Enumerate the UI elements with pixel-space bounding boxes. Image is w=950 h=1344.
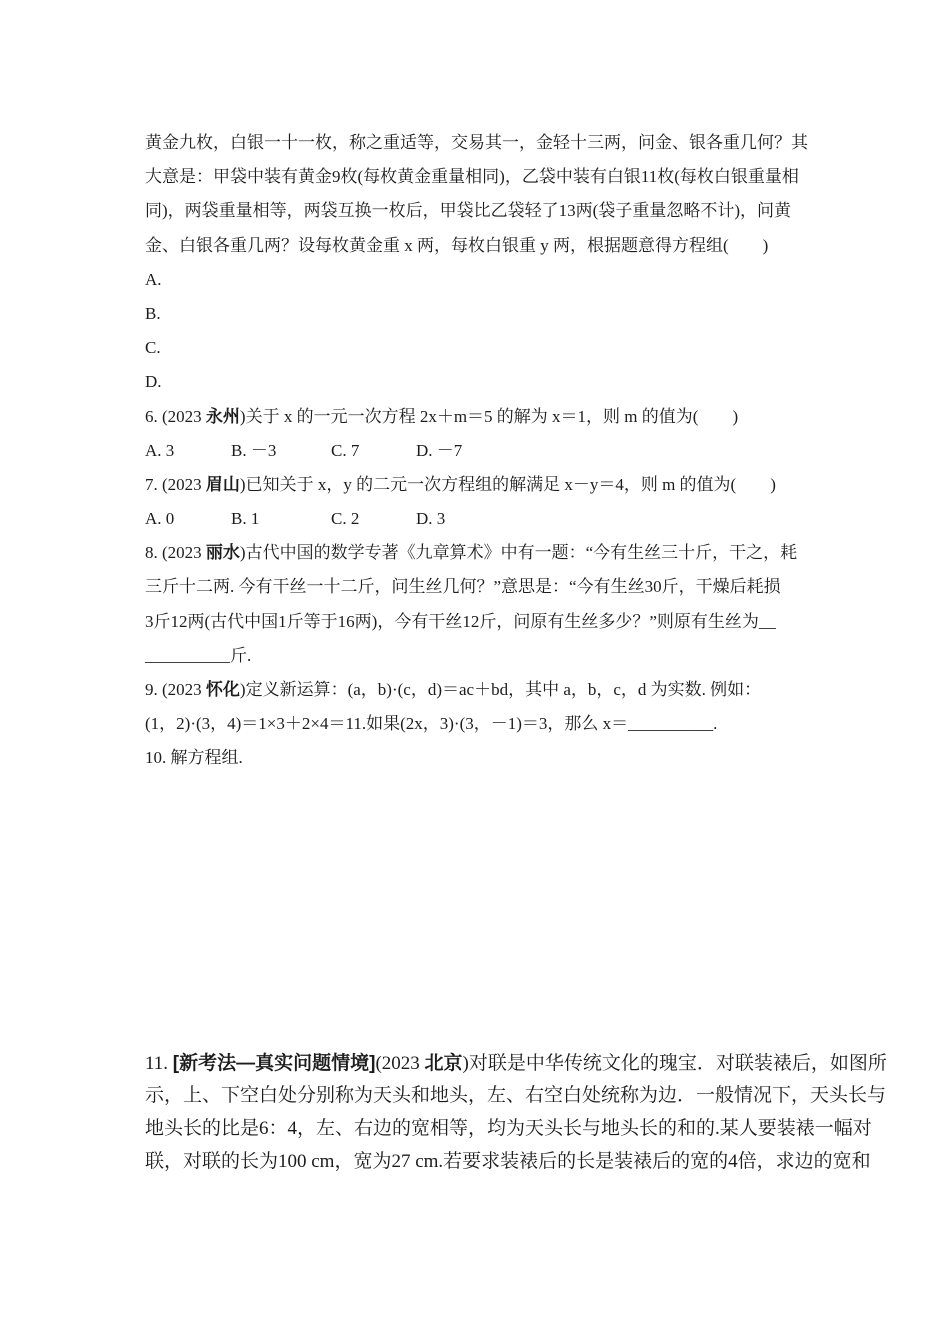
problem9-number: 9. (2023 [145,680,206,699]
problem9-stem-line-2: (1，2)·(3，4)＝1×3＋2×4＝11.如果(2x，3)·(3，－1)＝3… [145,707,817,741]
problem6-options-row: A. 3B. －3C. 7D. －7 [145,434,817,468]
problem11-stem-line-3: 地头长的比是6：4，左、右边的宽相等，均为天头长与地头长的和的.某人要装裱一幅对 [145,1113,893,1146]
problem8-number: 8. (2023 [145,543,206,562]
problem5-option-b: B. [145,297,817,331]
problem9-exam-source: 怀化 [206,680,240,699]
problem9-stem-text: )定义新运算：(a，b)·(c，d)＝ac＋bd，其中 a，b，c，d 为实数.… [240,680,761,699]
problem7-stem-text: )已知关于 x，y 的二元一次方程组的解满足 x－y＝4，则 m 的值为( ) [240,475,776,494]
problem11-stem-line-2: 示，上、下空白处分别称为天头和地头，左、右空白处统称为边．一般情况下，天头长与 [145,1080,893,1113]
problem5-option-c: C. [145,331,817,365]
problem11-stem-text: )对联是中华传统文化的瑰宝．对联装裱后，如图所 [463,1053,887,1074]
problem8-stem-line-1: 8. (2023 丽水)古代中国的数学专著《九章算术》中有一题：“今有生丝三十斤… [145,536,817,570]
problem11-number: 11. [145,1053,173,1074]
problem9-stem-line-1: 9. (2023 怀化)定义新运算：(a，b)·(c，d)＝ac＋bd，其中 a… [145,673,817,707]
problem8-stem-line-2: 三斤十二两. 今有干丝一十二斤，问生丝几何？”意思是：“今有生丝30斤，干燥后耗… [145,570,817,604]
problem5-para-line-2: 大意是：甲袋中装有黄金9枚(每枚黄金重量相同)，乙袋中装有白银11枚(每枚白银重… [145,160,817,194]
problem7-number: 7. (2023 [145,475,206,494]
problem8-stem-text: )古代中国的数学专著《九章算术》中有一题：“今有生丝三十斤，干之，耗 [240,543,797,562]
problem5-para-line-3: 同)，两袋重量相等，两袋互换一枚后，甲袋比乙袋轻了13两(袋子重量忽略不计)，问… [145,194,817,228]
problem5-option-d: D. [145,365,817,399]
problem8-answer-blank-line: __________斤. [145,639,817,673]
problem11-block: 11. [新考法—真实问题情境](2023 北京)对联是中华传统文化的瑰宝．对联… [145,1048,893,1179]
problem7-option-b: B. 1 [231,502,331,536]
problem8-stem-line-3: 3斤12两(古代中国1斤等于16两)，今有干丝12斤，问原有生丝多少？”则原有生… [145,605,817,639]
problem11-stem-line-4: 联，对联的长为100 cm，宽为27 cm.若要求装裱后的长是装裱后的宽的4倍，… [145,1146,893,1179]
problem11-year: (2023 [375,1053,424,1074]
page-content: 黄金九枚，白银一十一枚，称之重适等，交易其一，金轻十三两，问金、银各重几何？其 … [145,126,817,1179]
problem5-option-a: A. [145,263,817,297]
problem11-exam-source: 北京 [425,1053,463,1074]
problem6-option-b: B. －3 [231,434,331,468]
problem11-method-tag: [新考法—真实问题情境] [173,1053,376,1074]
problem5-para-line-4: 金、白银各重几两？设每枚黄金重 x 两，每枚白银重 y 两，根据题意得方程组( … [145,229,817,263]
problem7-stem: 7. (2023 眉山)已知关于 x，y 的二元一次方程组的解满足 x－y＝4，… [145,468,817,502]
problem8-exam-source: 丽水 [206,543,240,562]
problem11-stem-line-1: 11. [新考法—真实问题情境](2023 北京)对联是中华传统文化的瑰宝．对联… [145,1048,893,1081]
problem6-stem-text: )关于 x 的一元一次方程 2x＋m＝5 的解为 x＝1，则 m 的值为( ) [240,407,738,426]
problem7-option-c: C. 2 [331,502,416,536]
problem6-option-a: A. 3 [145,434,231,468]
problem6-exam-source: 永州 [206,407,240,426]
problem7-exam-source: 眉山 [206,475,240,494]
problem7-option-a: A. 0 [145,502,231,536]
problem10-stem: 10. 解方程组. [145,741,817,775]
problem7-options-row: A. 0B. 1C. 2D. 3 [145,502,817,536]
problem6-option-c: C. 7 [331,434,416,468]
worksheet-page: 黄金九枚，白银一十一枚，称之重适等，交易其一，金轻十三两，问金、银各重几何？其 … [0,0,950,1344]
problem5-para-line-1: 黄金九枚，白银一十一枚，称之重适等，交易其一，金轻十三两，问金、银各重几何？其 [145,126,817,160]
problem6-number: 6. (2023 [145,407,206,426]
problem6-option-d: D. －7 [416,434,462,468]
problem6-stem: 6. (2023 永州)关于 x 的一元一次方程 2x＋m＝5 的解为 x＝1，… [145,400,817,434]
problem7-option-d: D. 3 [416,502,445,536]
